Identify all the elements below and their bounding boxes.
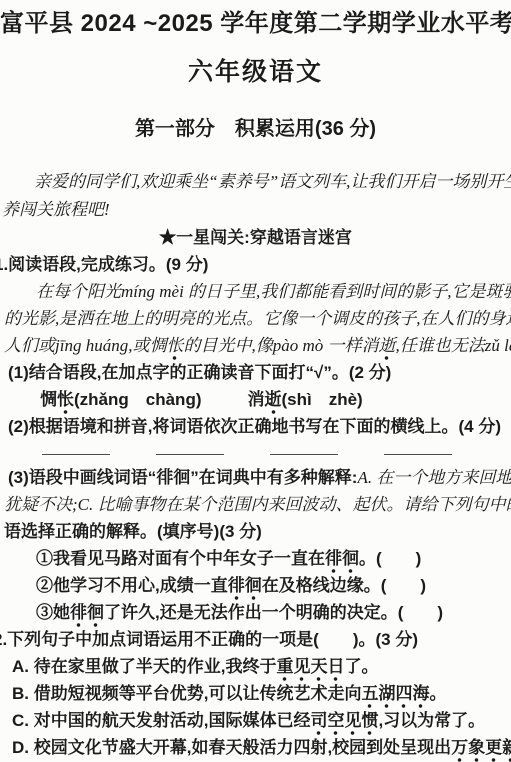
answer-blank-3	[270, 440, 338, 455]
sub-item-text: ③她	[36, 603, 70, 622]
option-text: 。	[429, 684, 446, 703]
passage-line-2: 的光影,是洒在地上的明亮的光点。它像一个调皮的孩子,在人们的身边徘徊,最后又在	[4, 305, 511, 332]
question-1-stem: 1.阅读语段,完成练习。(9 分)	[0, 251, 511, 278]
word-chouchang: 惆	[40, 390, 57, 409]
intro-line-2: 养闯关旅程吧!	[2, 196, 511, 224]
dotted-char-chang: 怅	[57, 390, 74, 415]
pinyin-options-xiaoshi: (shì zhè)	[282, 390, 363, 409]
part-heading: 第一部分 积累运用(36 分)	[0, 116, 511, 142]
stem-print-part: (3)语段中画线词语“徘徊”在词典中有多种解释:	[8, 468, 357, 487]
subject-title: 六年级语文	[0, 56, 511, 88]
dotted-idiom: 万象更新	[451, 738, 511, 762]
question-1-2-stem: (2)根据语境和拼音,将词语依次正确地书写在下面的横线上。(4 分)	[8, 413, 511, 440]
option-a: A. 待在家里做了半天的作业,我终于重见天日了。	[12, 653, 511, 680]
level-1-heading: ★一星闯关:穿越语言迷宫	[0, 224, 511, 251]
question-1-3-stem-line-3: 语选择正确的解释。(填序号)(3 分)	[4, 518, 511, 545]
dotted-char-chang: 怅	[166, 336, 183, 361]
passage-line-3: 人们或jīng huáng,或惆怅的目光中,像pào mò 一样消逝,任谁也无法…	[4, 332, 511, 359]
dotted-char-shi: 逝	[378, 336, 395, 361]
option-c: C. 对中国的航天发射活动,国际媒体已经司空见惯,习以为常了。	[12, 707, 511, 734]
answer-blank-1	[42, 440, 110, 455]
question-1-3-stem-line-2: 犹疑不决;C. 比喻事物在某个范围内来回波动、起伏。请给下列句中的加点词	[4, 491, 511, 518]
dotted-word-paihuai: 徘徊	[70, 603, 104, 628]
option-b: B. 借助短视频等平台优势,可以让传统艺术走向五湖四海。	[12, 680, 511, 707]
word-xiaoshi: 消	[248, 390, 265, 409]
star-icon: ★	[159, 228, 176, 247]
sub-item-text: 。( )	[359, 549, 421, 568]
sub-item-text: ②他学习不用心,成绩一直	[36, 576, 228, 595]
pinyin-options-chouchang: (zhǎng chàng)	[74, 390, 202, 409]
passage-text: 的光影,是洒在地上的明亮的光点。它像一个调皮的孩子,在人们的身边	[4, 309, 511, 328]
dotted-idiom: 五湖四海	[361, 684, 429, 709]
passage-text: ,任谁也无法zǔ lán。	[395, 336, 511, 355]
option-text: D. 校园文化节盛大开幕,如春天般活力四射,校园到处呈现出	[12, 738, 451, 757]
answer-blank-4	[384, 440, 452, 455]
dotted-char-shi: 逝	[265, 390, 282, 415]
dotted-idiom: 重见天日	[276, 657, 344, 682]
exam-paper-page: 富平县 2024 ~2025 学年度第二学期学业水平考试 六年级语文 第一部分 …	[0, 0, 511, 762]
passage-text: 人们或jīng huáng,或惆	[4, 336, 166, 355]
option-text: ,习以为常了。	[378, 711, 485, 730]
dotted-idiom: 司空见惯	[310, 711, 378, 736]
passage-line-1: 在每个阳光míng mèi 的日子里,我们都能看到时间的影子,它是斑驳的围墙上晃…	[4, 278, 511, 305]
option-text: A. 待在家里做了半天的作业,我终于	[12, 657, 276, 676]
passage-text: 的目光中,像pào mò 一样消	[183, 336, 378, 355]
dotted-word-paihuai: 徘徊	[325, 549, 359, 574]
answer-blank-2	[156, 440, 224, 455]
sub-item-1: ①我看见马路对面有个中年女子一直在徘徊。( )	[36, 545, 511, 572]
answer-blanks-row	[42, 440, 511, 464]
option-text: 了。	[344, 657, 378, 676]
option-d: D. 校园文化节盛大开幕,如春天般活力四射,校园到处呈现出万象更新的景象。	[12, 734, 511, 761]
sub-item-2: ②他学习不用心,成绩一直徘徊在及格线边缘。( )	[36, 572, 511, 599]
level-1-heading-text: 一星闯关:穿越语言迷宫	[176, 228, 352, 247]
sub-item-3: ③她徘徊了许久,还是无法作出一个明确的决定。( )	[36, 599, 511, 626]
dotted-word-paihuai: 徘徊	[228, 576, 262, 601]
sub-item-text: 在及格线边缘。( )	[262, 576, 426, 595]
question-2-stem: 2.下列句子中加点词语运用不正确的一项是( )。(3 分)	[0, 626, 511, 653]
sub-item-text: 了许久,还是无法作出一个明确的决定。( )	[104, 603, 443, 622]
sub-item-text: ①我看见马路对面有个中年女子一直在	[36, 549, 325, 568]
option-text: B. 借助短视频等平台优势,可以让传统艺术走向	[12, 684, 361, 703]
question-1-3-stem-line-1: (3)语段中画线词语“徘徊”在词典中有多种解释:A. 在一个地方来回地走;B. …	[8, 464, 511, 491]
option-text: C. 对中国的航天发射活动,国际媒体已经	[12, 711, 310, 730]
definition-a: A. 在一个地方来回地走;B. 比喻	[357, 468, 511, 487]
intro-line-1: 亲爱的同学们,欢迎乘坐“素养号”语文列车,让我们开启一场别开生面的语文素	[0, 168, 511, 196]
intro-paragraph: 亲爱的同学们,欢迎乘坐“素养号”语文列车,让我们开启一场别开生面的语文素 养闯关…	[0, 168, 511, 224]
pinyin-choices-row: 惆怅(zhǎng chàng)消逝(shì zhè)	[40, 386, 511, 413]
question-1-1-stem: (1)结合语段,在加点字的正确读音下面打“√”。(2 分)	[8, 359, 511, 386]
exam-title: 富平县 2024 ~2025 学年度第二学期学业水平考试	[0, 8, 511, 40]
